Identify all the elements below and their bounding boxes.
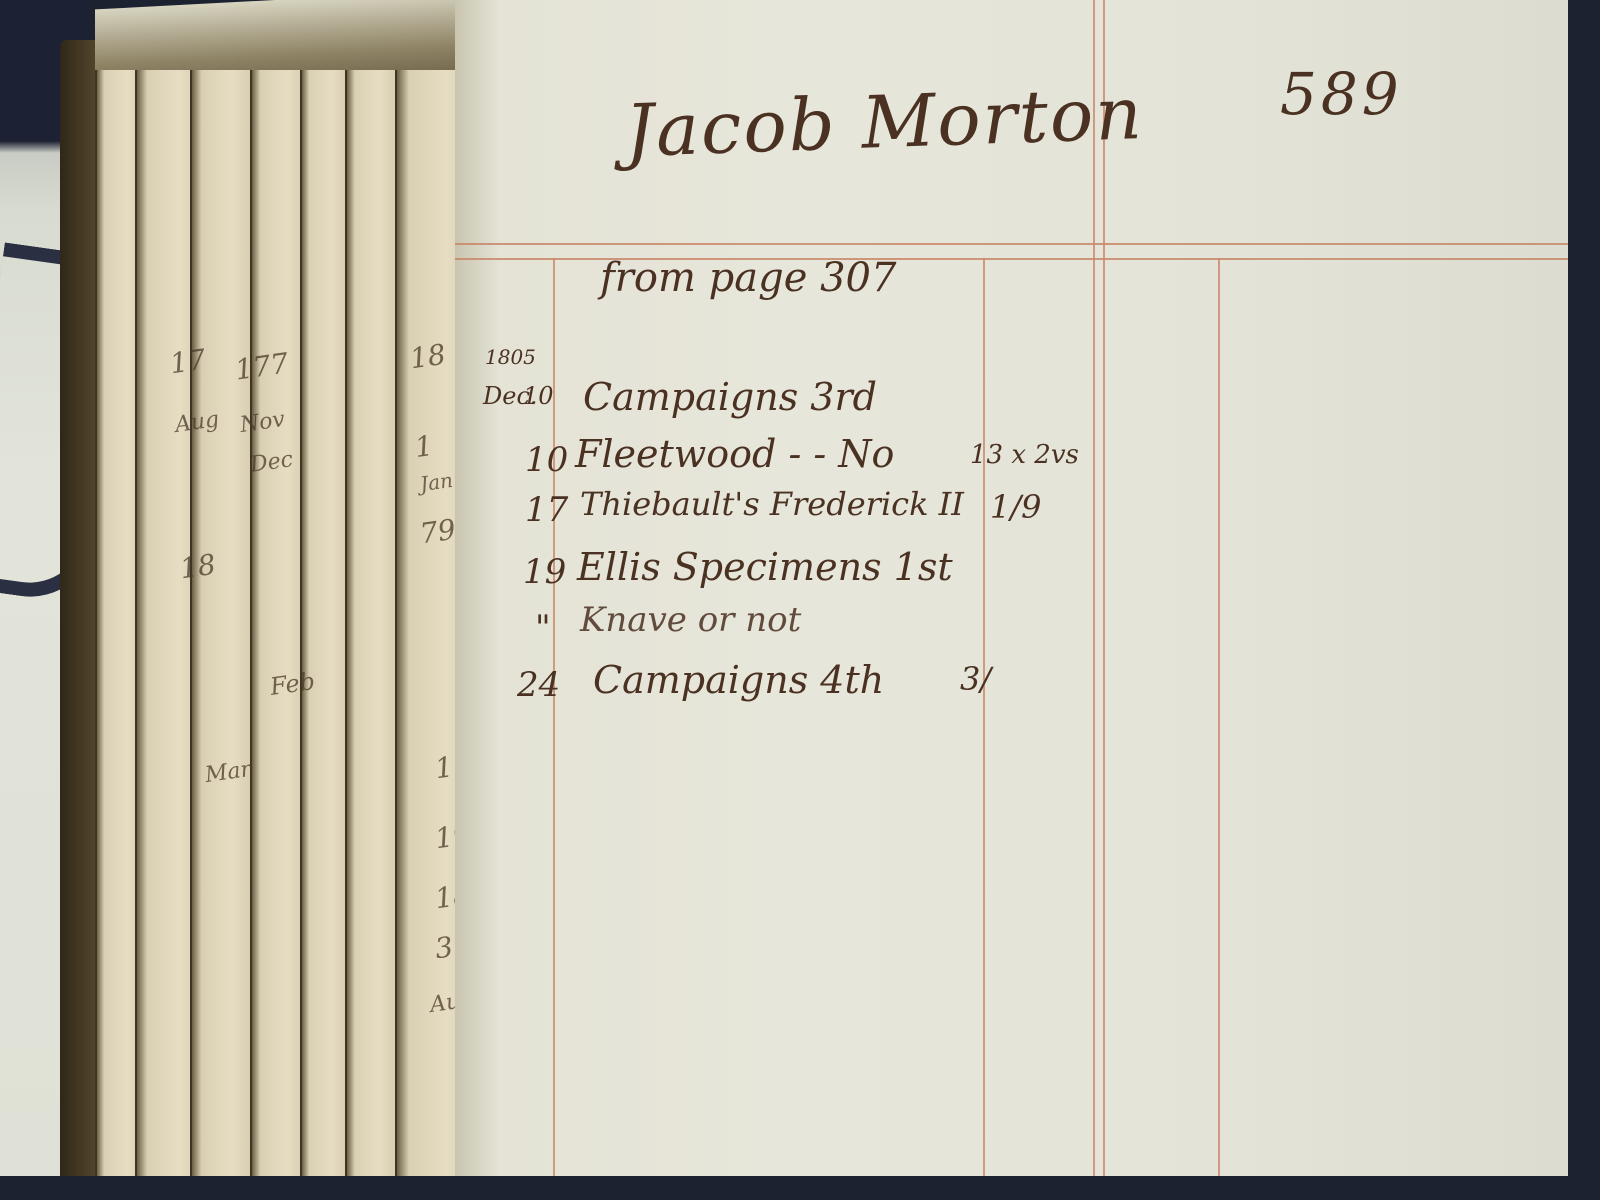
entry-day: 19	[523, 552, 566, 592]
entry-description: Campaigns 3rd	[583, 375, 877, 419]
account-name: Jacob Morton	[624, 71, 1145, 173]
column-rule	[1093, 0, 1095, 1176]
header-rule	[455, 243, 1568, 245]
stack-fragment: 18	[178, 548, 218, 586]
stack-fragment: 17	[168, 343, 208, 381]
entry-year: 1805	[485, 345, 536, 369]
stack-fragment: 79	[418, 513, 458, 551]
entry-day: "	[535, 608, 551, 648]
carried-from-note: from page 307	[600, 255, 896, 301]
amount-column-rule	[983, 258, 985, 1176]
entry-description: Fleetwood - - No	[575, 432, 894, 476]
credit-column-rule	[1218, 258, 1220, 1176]
entry-day: 17	[525, 490, 568, 530]
column-rule	[1103, 0, 1105, 1176]
entry-description: Knave or not	[580, 600, 801, 640]
page-number: 589	[1280, 60, 1403, 128]
page-stack: 17 177 18 Aug Nov Dec 1 Jan 79 18 Feb Ma…	[95, 70, 495, 1176]
entry-day: 10	[525, 440, 568, 480]
entry-description: Ellis Specimens 1st	[577, 545, 953, 589]
entry-day: 24	[517, 665, 560, 705]
stack-fragment: 18	[408, 338, 448, 376]
entry-description: Thiebault's Frederick II	[580, 485, 964, 523]
entry-day: 10	[523, 382, 554, 410]
entry-amount: 3/	[960, 660, 991, 698]
entry-description: Campaigns 4th	[593, 658, 884, 702]
entry-amount: 13 x 2vs	[970, 440, 1079, 470]
stack-fragment: Jan	[418, 468, 454, 496]
entry-amount: 1/9	[990, 488, 1042, 526]
ledger-page: Jacob Morton 589 from page 307 1805 Dec.…	[455, 0, 1568, 1176]
